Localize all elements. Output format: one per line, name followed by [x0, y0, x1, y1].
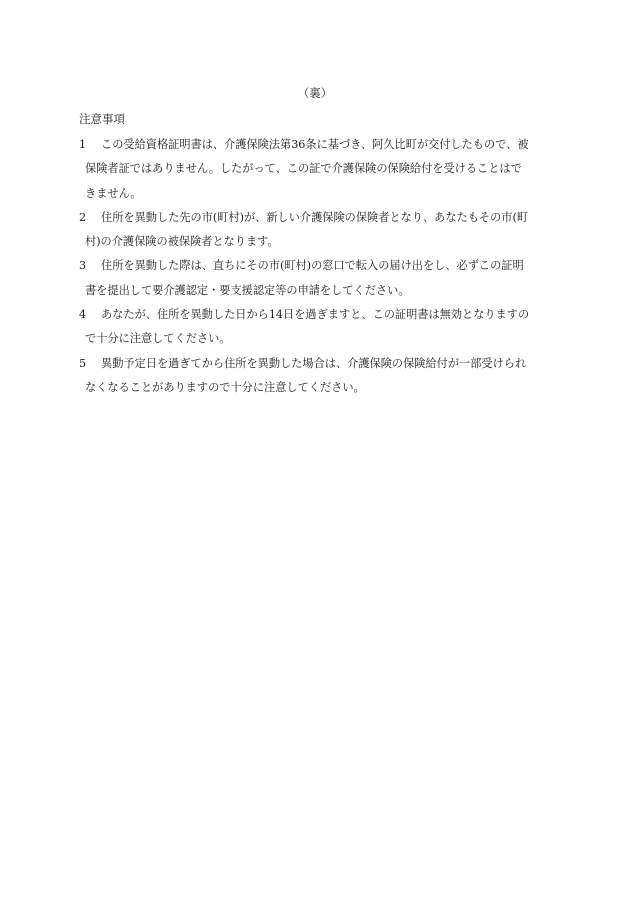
notice-list: 1この受給資格証明書は、介護保険法第36条に基づき、阿久比町が交付したもので、被… — [79, 137, 559, 404]
item-text: この受給資格証明書は、介護保険法第36条に基づき、阿久比町が交付したもので、被 — [101, 138, 529, 151]
item-text: 書を提出して要介護認定・要支援認定等の申請をしてください。 — [79, 283, 559, 307]
item-text: で十分に注意してください。 — [79, 331, 559, 355]
notice-item-3: 3住所を異動した際は、直ちにその市(町村)の窓口で転入の届け出をし、必ずこの証明… — [79, 258, 559, 307]
item-text: なくなることがありますので十分に注意してください。 — [79, 380, 559, 404]
item-number: 2 — [79, 210, 101, 226]
item-number: 3 — [79, 258, 101, 274]
item-text: 村)の介護保険の被保険者となります。 — [79, 234, 559, 258]
item-number: 5 — [79, 356, 101, 372]
item-text: 保険者証ではありません。したがって、この証で介護保険の保険給付を受けることはで — [79, 161, 559, 185]
notice-item-1: 1この受給資格証明書は、介護保険法第36条に基づき、阿久比町が交付したもので、被… — [79, 137, 559, 210]
item-text: きません。 — [79, 186, 559, 210]
notice-item-5: 5異動予定日を過ぎてから住所を異動した場合は、介護保険の保険給付が一部受けられ … — [79, 356, 559, 405]
section-heading: 注意事項 — [79, 111, 125, 127]
item-text: 住所を異動した際は、直ちにその市(町村)の窓口で転入の届け出をし、必ずこの証明 — [101, 259, 524, 272]
item-text: 住所を異動した先の市(町村)が、新しい介護保険の保険者となり、あなたもその市(町 — [101, 211, 528, 224]
notice-item-2: 2住所を異動した先の市(町村)が、新しい介護保険の保険者となり、あなたもその市(… — [79, 210, 559, 259]
item-number: 1 — [79, 137, 101, 153]
item-number: 4 — [79, 307, 101, 323]
page-title: （裏） — [0, 85, 630, 101]
item-text: あなたが、住所を異動した日から14日を過ぎますと、この証明書は無効となりますの — [101, 308, 529, 321]
item-text: 異動予定日を過ぎてから住所を異動した場合は、介護保険の保険給付が一部受けられ — [101, 357, 526, 370]
notice-item-4: 4あなたが、住所を異動した日から14日を過ぎますと、この証明書は無効となりますの… — [79, 307, 559, 356]
